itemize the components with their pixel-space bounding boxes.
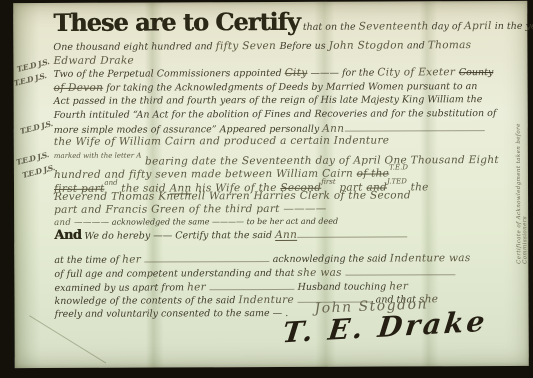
text-segment: the Wife of William Cairn and produced a…	[54, 135, 390, 148]
blank-rule	[345, 265, 455, 275]
text-segment: in the year	[492, 21, 533, 32]
text-segment: to be her act and deed	[244, 216, 338, 225]
text-segment: County	[459, 67, 493, 78]
text-segment: of Devon	[54, 82, 104, 94]
parchment-sheet: These are to Certify that on the Sevente…	[13, 1, 529, 368]
text-segment: Certify that the said	[175, 230, 275, 241]
text-segment: John Stogdon	[329, 39, 404, 51]
doc-line: more simple modes of assurance” Appeared…	[54, 120, 518, 136]
text-segment: T.E.D	[389, 164, 408, 172]
text-segment: April	[464, 20, 492, 32]
text-segment: for taking the Acknowledgments of Deeds …	[103, 81, 477, 94]
text-segment: Ann	[322, 122, 344, 134]
blank-rule	[297, 227, 407, 237]
text-segment: Husband touching	[295, 281, 390, 292]
text-segment: Fourth intituled “An Act for the aboliti…	[54, 108, 497, 121]
text-segment: Ann	[275, 229, 297, 241]
doc-line: marked with the letter A bearing date th…	[54, 148, 518, 164]
text-segment: and	[404, 40, 428, 51]
text-segment: for the	[342, 68, 377, 79]
blank-rule	[344, 121, 484, 132]
blank-rule	[145, 252, 270, 263]
text-segment: that on the	[300, 22, 359, 33]
and-gothic: And	[54, 228, 81, 243]
text-segment: first	[321, 178, 335, 186]
text-segment: One thousand eight hundred and	[53, 41, 215, 53]
text-segment: she was	[297, 267, 345, 279]
text-segment: Act passed in the third and fourth years…	[54, 94, 483, 107]
doc-line: These are to Certify that on the Sevente…	[53, 6, 517, 41]
text-segment: City of Exeter	[377, 66, 459, 78]
text-segment: and ————	[54, 217, 109, 227]
text-segment: part and Francis Green of the third part…	[54, 203, 326, 216]
text-segment: Indenture	[238, 294, 297, 306]
text-segment: acknowledging the said	[270, 254, 390, 266]
text-segment: and	[104, 179, 117, 187]
text-segment: at the time of	[54, 255, 122, 266]
text-segment: day of	[429, 21, 464, 32]
text-segment: J.TED	[387, 177, 407, 185]
text-segment: her	[122, 254, 145, 266]
text-segment: acknowledged the same ————	[109, 217, 244, 227]
text-segment: Reverend Thomas Knethell Warren Harries …	[54, 189, 411, 203]
text-segment: Before us	[280, 41, 329, 52]
text-segment: We do hereby ——	[81, 230, 175, 241]
text-segment: Indenture was	[390, 252, 471, 264]
text-segment: Two of the Perpetual Commissioners appoi…	[53, 68, 284, 80]
text-segment: knowledge of the contents of the said	[54, 295, 238, 307]
text-segment: Thomas	[428, 39, 472, 51]
edge-caption-vertical: Certificate of Acknowledgment taken befo…	[516, 79, 529, 264]
text-segment: marked with the letter A	[54, 151, 142, 159]
blank-rule	[210, 279, 295, 289]
text-segment: ———	[307, 68, 342, 79]
text-segment: of full age and competent understanding …	[54, 268, 297, 280]
certify-heading: These are to Certify	[53, 7, 300, 37]
text-segment: more simple modes of assurance” Appeared…	[54, 123, 323, 135]
text-segment: her	[389, 280, 408, 292]
text-segment: Edward Drake	[53, 54, 134, 66]
doc-line: of full age and competent understanding …	[54, 265, 518, 281]
text-segment: freely and voluntarily consented to the …	[55, 308, 289, 320]
doc-line: One thousand eight hundred and fifty Sev…	[53, 39, 517, 55]
text-segment: her	[187, 281, 210, 293]
text-segment: examined by us apart from	[54, 282, 187, 294]
text-segment: fifty Seven	[216, 40, 280, 52]
text-segment: City	[285, 67, 308, 79]
text-segment: Seventeenth	[359, 20, 429, 32]
